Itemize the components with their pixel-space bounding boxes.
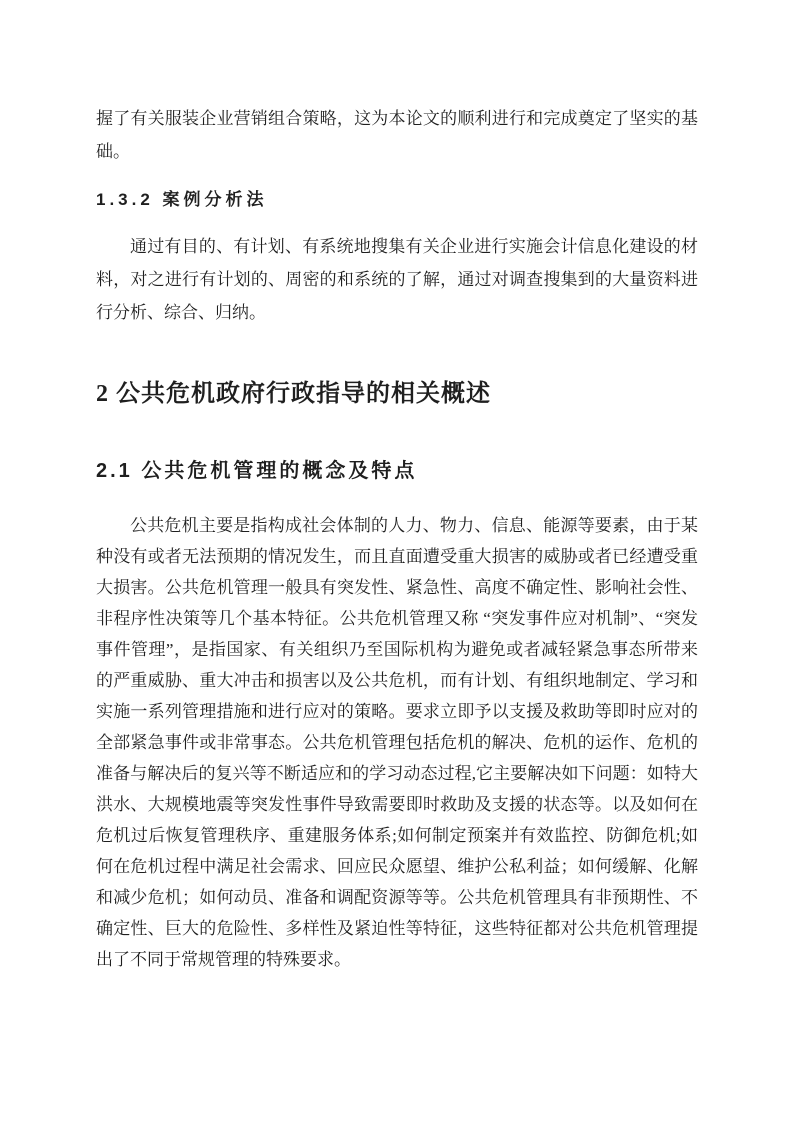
document-page: 握了有关服装企业营销组合策略，这为本论文的顺利进行和完成奠定了坚实的基础。 1.… [0,0,793,1122]
paragraph-public-crisis-management: 公共危机主要是指构成社会体制的人力、物力、信息、能源等要素，由于某种没有或者无法… [96,510,698,975]
heading-2-1-crisis-management-concept: 2.1 公共危机管理的概念及特点 [96,458,698,485]
paragraph-case-analysis-method: 通过有目的、有计划、有系统地搜集有关企业进行实施会计信息化建设的材料，对之进行有… [96,230,698,329]
heading-1-3-2-case-analysis: 1.3.2 案例分析法 [96,189,698,211]
paragraph-intro-continuation: 握了有关服装企业营销组合策略，这为本论文的顺利进行和完成奠定了坚实的基础。 [96,102,698,168]
heading-chapter-2-public-crisis-overview: 2 公共危机政府行政指导的相关概述 [96,378,698,410]
